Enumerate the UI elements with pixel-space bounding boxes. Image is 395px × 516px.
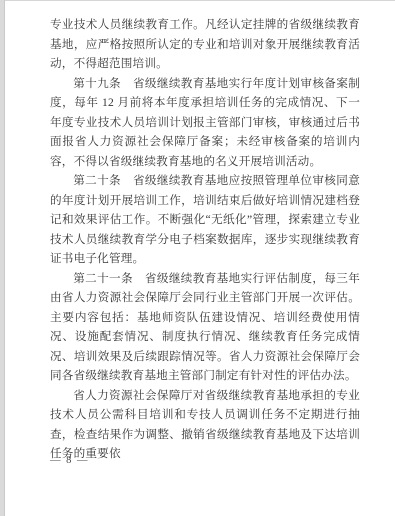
scan-edge-left <box>0 0 5 516</box>
paragraph-article-19: 第十九条 省级继续教育基地实行年度计划审核备案制度，每年 12 月前将本年度承担… <box>50 74 360 172</box>
document-body-text: 专业技术人员继续教育工作。凡经认定挂牌的省级继续教育基地，应严格按照所认定的专业… <box>50 15 360 464</box>
paragraph-spot-check: 省人力资源社会保障厅对省级继续教育基地承担的专业技术人员公需科目培训和专技人员调… <box>50 386 360 464</box>
paragraph-article-21: 第二十一条 省级继续教育基地实行评估制度，每三年由省人力资源社会保障厅会同行业主… <box>50 269 360 386</box>
paragraph-continuation: 专业技术人员继续教育工作。凡经认定挂牌的省级继续教育基地，应严格按照所认定的专业… <box>50 15 360 74</box>
page-number: — 8 — <box>50 455 89 466</box>
scan-edge-top <box>0 0 395 1</box>
paragraph-article-20: 第二十条 省级继续教育基地应按照管理单位审核同意的年度计划开展培训工作，培训结束… <box>50 171 360 269</box>
document-page: { "document": { "paragraphs": [ { "inden… <box>0 0 395 516</box>
